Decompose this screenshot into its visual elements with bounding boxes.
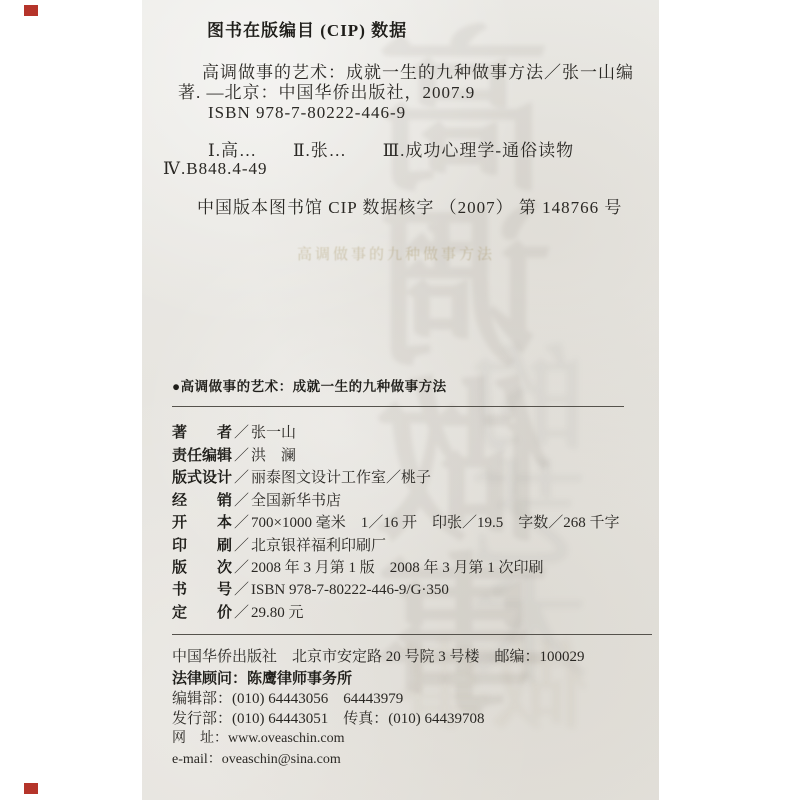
detail-value: 全国新华书店 <box>251 493 341 509</box>
detail-row-layout-design: 版式设计／丽泰图文设计工作室／桃子 <box>172 470 431 487</box>
detail-value: 700×1000 毫米 1／16 开 印张／19.5 字数／268 千字 <box>251 515 619 531</box>
divider-rule-top <box>172 406 624 407</box>
editorial-phone-line: 编辑部：(010) 64443056 64443979 <box>172 691 403 708</box>
detail-row-distribution: 经 销／全国新华书店 <box>172 493 341 510</box>
detail-value: 丽泰图文设计工作室／桃子 <box>251 470 431 486</box>
detail-label: 责任编辑 <box>172 448 232 464</box>
slash-separator: ／ <box>232 515 251 531</box>
detail-value: 张一山 <box>251 425 296 441</box>
divider-rule-bottom <box>172 634 652 635</box>
detail-row-editor: 责任编辑／洪 澜 <box>172 448 296 465</box>
detail-label: 著 者 <box>172 425 232 441</box>
book-title-line: ●高调做事的艺术：成就一生的九种做事方法 <box>172 379 447 395</box>
slash-separator: ／ <box>232 470 251 486</box>
detail-label: 印 刷 <box>172 538 232 554</box>
detail-label: 定 价 <box>172 605 232 621</box>
detail-value: ISBN 978-7-80222-446-9/G·350 <box>251 582 449 598</box>
detail-label: 书 号 <box>172 582 232 598</box>
detail-row-printing: 印 刷／北京银祥福利印刷厂 <box>172 538 386 555</box>
red-corner-mark-bottom <box>24 783 38 794</box>
slash-separator: ／ <box>232 493 251 509</box>
slash-separator: ／ <box>232 425 251 441</box>
cip-class-line-2: Ⅳ.B848.4-49 <box>163 159 267 179</box>
cip-record-number-line: 中国版本图书馆 CIP 数据核字 （2007） 第 148766 号 <box>197 198 622 218</box>
detail-value: 2008 年 3 月第 1 版 2008 年 3 月第 1 次印刷 <box>251 560 544 576</box>
detail-row-edition: 版 次／2008 年 3 月第 1 版 2008 年 3 月第 1 次印刷 <box>172 560 544 577</box>
cip-publisher-line: 著. —北京：中国华侨出版社，2007.9 <box>178 83 475 103</box>
slash-separator: ／ <box>232 448 251 464</box>
detail-row-price: 定 价／29.80 元 <box>172 605 304 622</box>
detail-label: 版式设计 <box>172 470 232 486</box>
cip-title-line: 高调做事的艺术：成就一生的九种做事方法／张一山编 <box>202 63 634 83</box>
email-line: e-mail：oveaschin@sina.com <box>172 752 341 768</box>
detail-row-author: 著 者／张一山 <box>172 425 296 442</box>
detail-value: 北京银祥福利印刷厂 <box>251 538 386 554</box>
bleed-through-ghost-line: 高调做事的九种做事方法 <box>297 243 495 264</box>
slash-separator: ／ <box>232 605 251 621</box>
legal-counsel-line: 法律顾问：陈鹰律师事务所 <box>172 671 352 688</box>
slash-separator: ／ <box>232 538 251 554</box>
detail-row-format: 开 本／700×1000 毫米 1／16 开 印张／19.5 字数／268 千字 <box>172 515 620 532</box>
detail-row-isbn: 书 号／ISBN 978-7-80222-446-9/G·350 <box>172 582 449 599</box>
detail-value: 29.80 元 <box>251 605 304 621</box>
publisher-address-line: 中国华侨出版社 北京市安定路 20 号院 3 号楼 邮编：100029 <box>172 649 585 666</box>
book-colophon-scan: 高调做事 的艺术 高调做事的九种做事方法 做事 图书在版编目 (CIP) 数据 … <box>0 0 800 800</box>
distribution-phone-line: 发行部：(010) 64443051 传真：(010) 64439708 <box>172 711 484 728</box>
red-corner-mark-top <box>24 5 38 16</box>
detail-value: 洪 澜 <box>251 448 296 464</box>
cip-class-line: Ⅰ.高… Ⅱ.张… Ⅲ.成功心理学-通俗读物 <box>208 141 574 161</box>
slash-separator: ／ <box>232 560 251 576</box>
detail-label: 经 销 <box>172 493 232 509</box>
scanned-page: 高调做事 的艺术 高调做事的九种做事方法 做事 图书在版编目 (CIP) 数据 … <box>142 0 659 800</box>
slash-separator: ／ <box>232 582 251 598</box>
cip-header: 图书在版编目 (CIP) 数据 <box>207 21 407 41</box>
cip-isbn-line: ISBN 978-7-80222-446-9 <box>208 103 406 123</box>
detail-label: 开 本 <box>172 515 232 531</box>
website-line: 网 址：www.oveaschin.com <box>172 731 345 747</box>
bleed-through-ghost-large: 高调做事 <box>392 20 567 720</box>
detail-label: 版 次 <box>172 560 232 576</box>
